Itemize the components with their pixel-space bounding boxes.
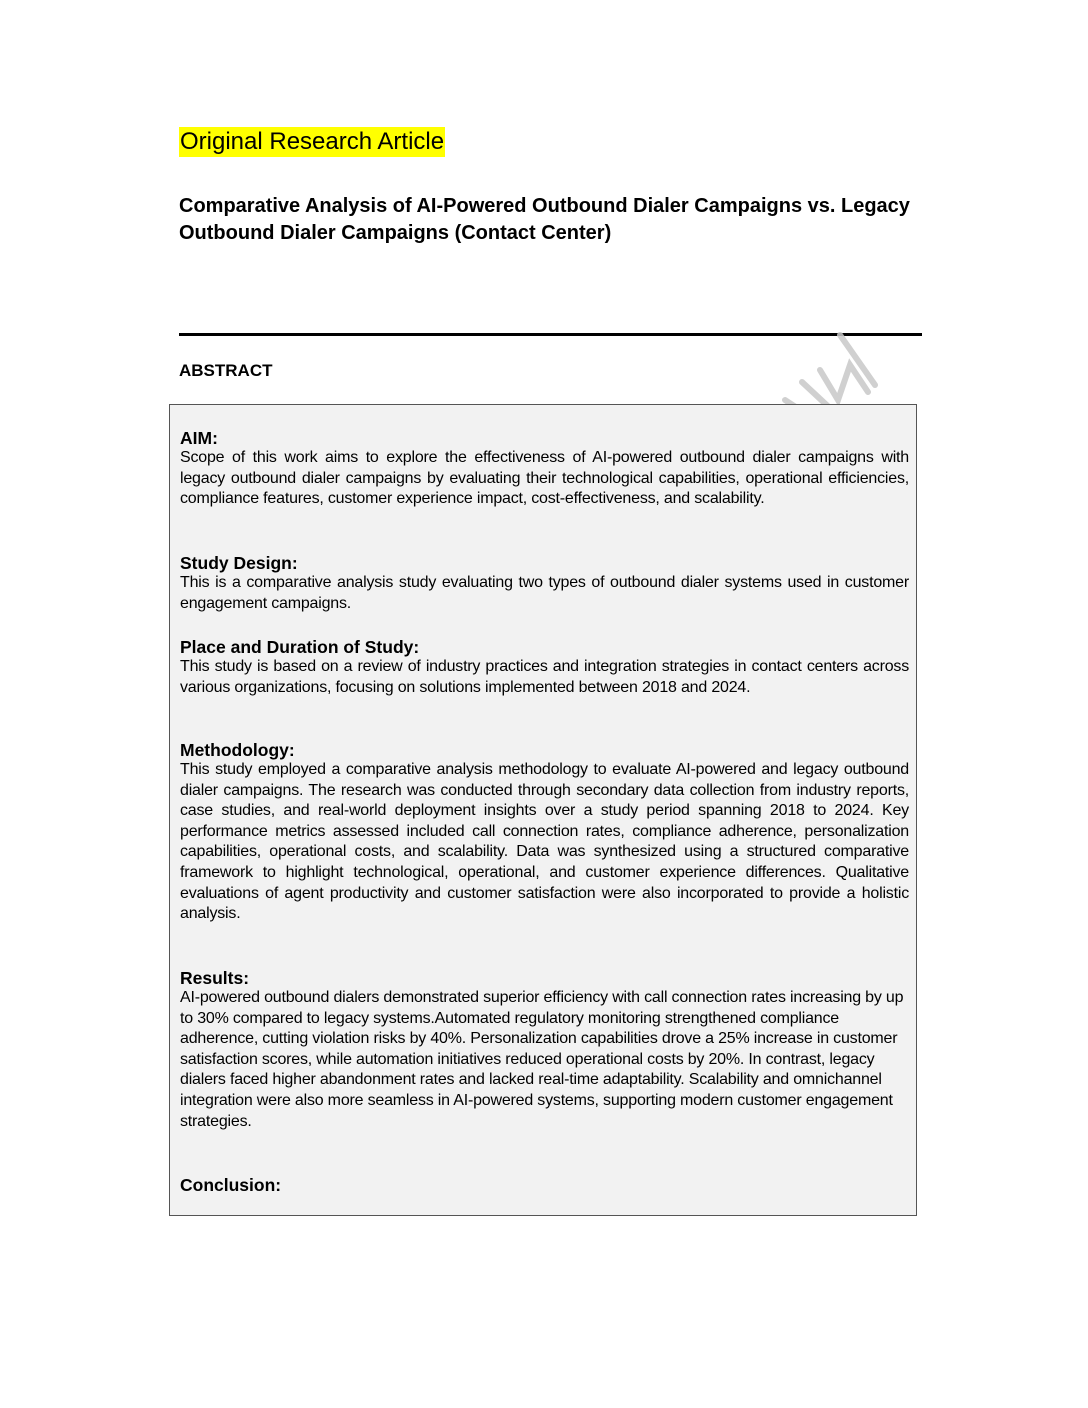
section-body: This study employed a comparative analys… — [180, 760, 909, 925]
section-body: This study is based on a review of indus… — [180, 657, 909, 698]
section-heading: Results: — [180, 968, 909, 988]
section-body: This is a comparative analysis study eva… — [180, 573, 909, 614]
section-place-duration: Place and Duration of Study: This study … — [180, 637, 909, 698]
section-heading: Study Design: — [180, 553, 909, 573]
section-heading: Methodology: — [180, 740, 909, 760]
paper-title: Comparative Analysis of AI-Powered Outbo… — [179, 193, 919, 247]
section-heading: Place and Duration of Study: — [180, 637, 909, 657]
abstract-box: AIM: Scope of this work aims to explore … — [169, 404, 917, 1216]
section-results: Results: AI-powered outbound dialers dem… — [180, 968, 909, 1132]
article-type-label: Original Research Article — [179, 127, 445, 157]
section-heading: AIM: — [180, 428, 909, 448]
section-body: Scope of this work aims to explore the e… — [180, 448, 909, 510]
under-review-watermark-icon — [780, 330, 880, 415]
section-methodology: Methodology: This study employed a compa… — [180, 740, 909, 925]
section-heading: Conclusion: — [180, 1175, 909, 1195]
section-body: AI-powered outbound dialers demonstrated… — [180, 988, 909, 1132]
section-aim: AIM: Scope of this work aims to explore … — [180, 428, 909, 510]
abstract-heading: ABSTRACT — [179, 360, 273, 382]
section-study-design: Study Design: This is a comparative anal… — [180, 553, 909, 614]
section-conclusion: Conclusion: — [180, 1175, 909, 1195]
